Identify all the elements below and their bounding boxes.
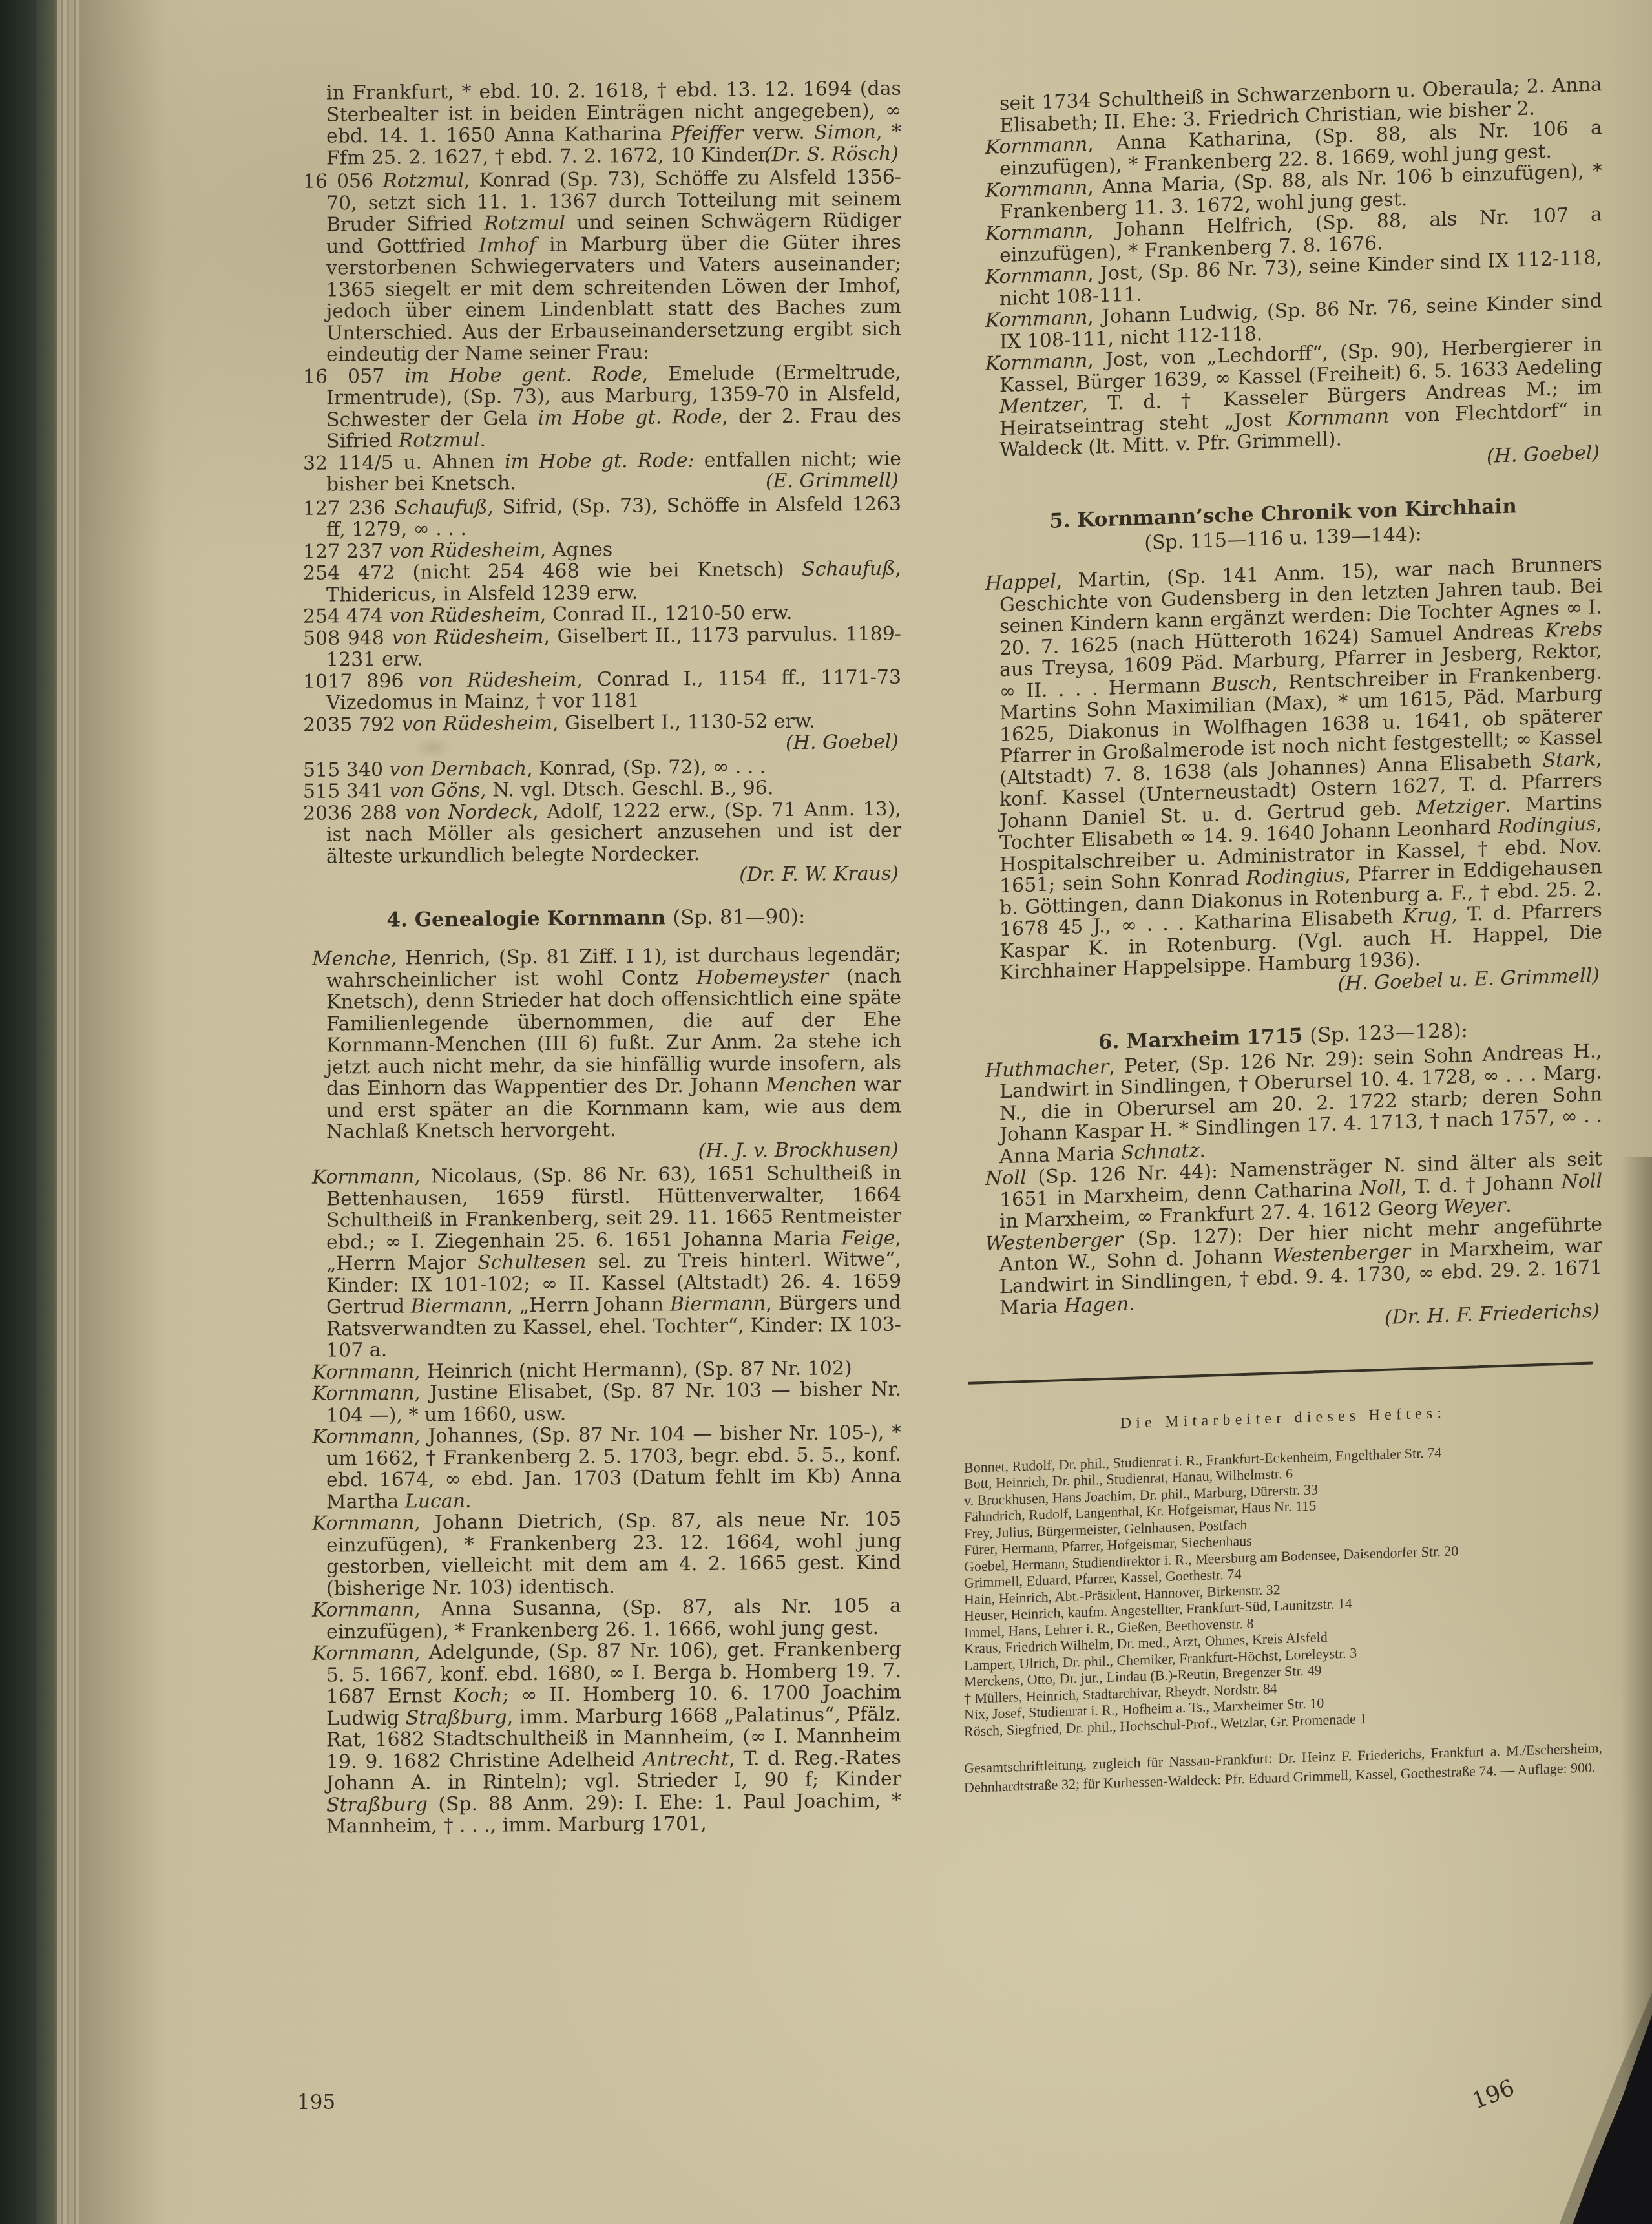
contributors-heading: Die Mitarbeiter dieses Heftes: [964, 1398, 1602, 1440]
genealogy-entry: Kornmann, Nicolaus, (Sp. 86 Nr. 63), 165… [291, 1162, 901, 1362]
genealogy-entry: Kornmann, Anna Susanna, (Sp. 87, als Nr.… [291, 1595, 901, 1643]
book-spine-edge [0, 0, 36, 2224]
contributors-list: Bonnet, Rudolf, Dr. phil., Studienrat i.… [964, 1439, 1602, 1739]
genealogy-entry: 1017 896 von Rüdesheim, Conrad I., 1154 … [291, 666, 901, 714]
section-heading: 4. Genealogie Kornmann (Sp. 81—90): [291, 905, 901, 932]
genealogy-entry: Kornmann, Adelgunde, (Sp. 87 Nr. 106), g… [291, 1639, 901, 1838]
divider-rule [968, 1362, 1593, 1385]
genealogy-entry: Menche, Henrich, (Sp. 81 Ziff. I 1), ist… [291, 944, 901, 1144]
page-number-left: 195 [297, 2091, 335, 2114]
right-column-main: seit 1734 Schultheiß in Schwarzenborn u.… [964, 74, 1602, 1342]
genealogy-entry: Kornmann, Johann Dietrich, (Sp. 87, als … [291, 1509, 901, 1600]
genealogy-entry: 16 057 im Hobe gent. Rode, Emelude (Erme… [291, 361, 901, 452]
book-page-scan: in Frankfurt, * ebd. 10. 2. 1618, † ebd.… [0, 0, 1652, 2224]
genealogy-entry: 254 472 (nicht 254 468 wie bei Knetsch) … [291, 558, 901, 606]
page-edge-stack [57, 0, 80, 2224]
genealogy-entry: Huthmacher, Peter, (Sp. 126 Nr. 29): sei… [964, 1040, 1602, 1169]
binding-shadow [80, 0, 164, 2224]
genealogy-entry: 2036 288 von Nordeck, Adolf, 1222 erw., … [291, 798, 901, 868]
genealogy-entry: Kornmann, Justine Elisabet, (Sp. 87 Nr. … [291, 1379, 901, 1427]
genealogy-entry: Happel, Martin, (Sp. 141 Anm. 15), war n… [964, 553, 1602, 985]
book-spine-shadow [36, 0, 57, 2224]
genealogy-entry: 508 948 von Rüdesheim, Giselbert II., 11… [291, 623, 901, 671]
genealogy-entry: 127 236 Schaufuß, Sifrid, (Sp. 73), Schö… [291, 493, 901, 541]
genealogy-entry: Kornmann, Johannes, (Sp. 87 Nr. 104 — bi… [291, 1422, 901, 1513]
page-number-right: 196 [1469, 2075, 1518, 2114]
right-text-column: seit 1734 Schultheiß in Schwarzenborn u.… [964, 74, 1602, 1797]
left-text-column: in Frankfurt, * ebd. 10. 2. 1618, † ebd.… [291, 78, 901, 1838]
genealogy-entry: 16 056 Rotzmul, Konrad (Sp. 73), Schöffe… [291, 167, 901, 366]
editorial-note: Gesamtschriftleitung, zugleich für Nassa… [964, 1738, 1602, 1797]
genealogy-entry: Kornmann, Jost, von „Lechdorff“, (Sp. 90… [964, 333, 1602, 462]
